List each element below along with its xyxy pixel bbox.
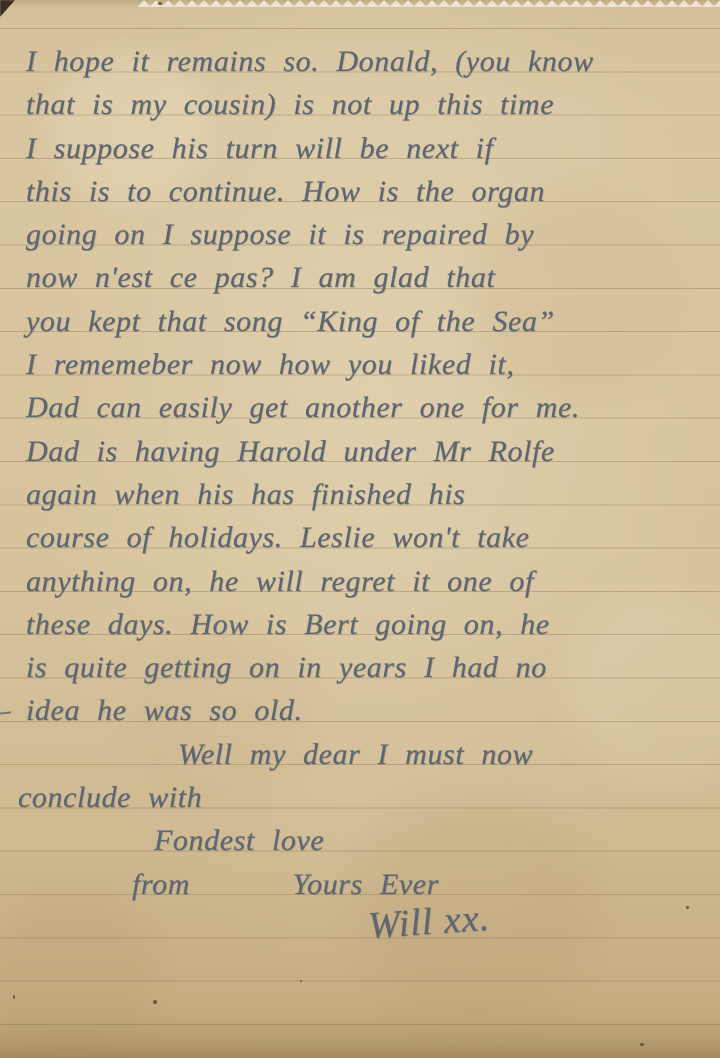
letter-line: Dad is having Harold under Mr Rolfe bbox=[26, 430, 712, 473]
letter-line: again when his has finished his bbox=[26, 473, 712, 516]
letter-line: Well my dear I must now bbox=[26, 733, 712, 776]
letter-line: that is my cousin) is not up this time bbox=[26, 83, 712, 126]
letter-line: is quite getting on in years I had no bbox=[26, 646, 712, 689]
letter-page: I hope it remains so. Donald, (you know … bbox=[0, 0, 720, 1058]
letter-line: this is to continue. How is the organ bbox=[26, 170, 712, 213]
letter-line: course of holidays. Leslie won't take bbox=[26, 516, 712, 559]
paper-speck bbox=[13, 995, 15, 999]
letter-line: Dad can easily get another one for me. bbox=[26, 386, 712, 429]
corner-smudge bbox=[0, 0, 15, 17]
paper-speck bbox=[686, 906, 689, 909]
letter-line: now n'est ce pas? I am glad that bbox=[26, 256, 712, 299]
letter-line: you kept that song “King of the Sea” bbox=[26, 300, 712, 343]
letter-line: from Yours Ever bbox=[26, 863, 712, 906]
letter-line: Fondest love bbox=[26, 819, 712, 862]
paper-speck bbox=[158, 2, 162, 5]
letter-text: I hope it remains so. Donald, (you know … bbox=[26, 40, 712, 906]
letter-line: I suppose his turn will be next if bbox=[26, 127, 712, 170]
margin-dash bbox=[0, 711, 11, 714]
letter-line: idea he was so old. bbox=[26, 689, 712, 732]
letter-line: these days. How is Bert going on, he bbox=[26, 603, 712, 646]
paper-speck bbox=[153, 1000, 157, 1004]
letter-line: going on I suppose it is repaired by bbox=[26, 213, 712, 256]
letter-line: anything on, he will regret it one of bbox=[26, 560, 712, 603]
letter-line: I rememeber now how you liked it, bbox=[26, 343, 712, 386]
paper-speck bbox=[300, 980, 302, 982]
signature: Will xx. bbox=[367, 896, 492, 948]
torn-paper-edge bbox=[138, 0, 720, 7]
letter-line: I hope it remains so. Donald, (you know bbox=[26, 40, 712, 83]
paper-speck bbox=[640, 1043, 644, 1046]
letter-line: conclude with bbox=[18, 776, 712, 819]
